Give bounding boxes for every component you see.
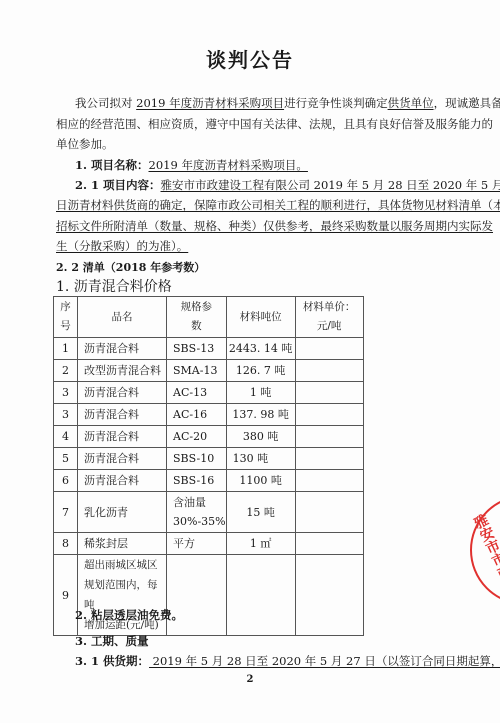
row-price	[295, 426, 363, 448]
table-row: 8 稀浆封层 平方 1 ㎡	[54, 533, 364, 555]
row-name: 沥青混合料	[78, 448, 167, 470]
table-row: 4 沥青混合料 AC-20 380 吨	[54, 426, 364, 448]
intro-project-name: 2019 年度沥青材料采购项目	[136, 96, 284, 110]
table-row: 6 沥青混合料 SBS-16 1100 吨	[54, 470, 364, 492]
item-content-line-2: 日沥青材料供货商的确定，保障市政公司相关工程的顺利进行，具体货物见材料清单（本	[56, 198, 500, 212]
row-no: 1	[54, 338, 78, 360]
row-price	[295, 448, 363, 470]
item-content-line-3: 招标文件所附清单（数量、规格、种类）仅供参考，最终采购数量以服务周期内实际发	[56, 219, 493, 233]
row-qty: 137. 98 吨	[226, 404, 295, 426]
section3-heading: 3. 工期、质量	[75, 634, 149, 648]
row-price	[295, 404, 363, 426]
row-no: 6	[54, 470, 78, 492]
intro-line-3: 单位参加。	[56, 137, 114, 151]
row-name: 乳化沥青	[78, 492, 167, 533]
item1-value: 2019 年度沥青材料采购项目。	[149, 158, 308, 172]
row-name: 沥青混合料	[78, 338, 167, 360]
row-name: 沥青混合料	[78, 426, 167, 448]
row-qty: 1100 吨	[226, 470, 295, 492]
table-row: 7 乳化沥青 含油量30%-35% 15 吨	[54, 492, 364, 533]
table-row: 9 超出雨城区城区规划范围内，每吨增加运距(元/吨)	[54, 555, 364, 636]
row-no: 4	[54, 426, 78, 448]
row-no: 8	[54, 533, 78, 555]
row-spec: 平方	[167, 533, 227, 555]
item2-1-line1: 雅安市市政建设工程有限公司 2019 年 5 月 28 日至 2020 年 5 …	[161, 178, 500, 192]
row-price	[295, 533, 363, 555]
row-no: 3	[54, 382, 78, 404]
row-price	[295, 338, 363, 360]
table-row: 2 改型沥青混合料 SMA-13 126. 7 吨	[54, 360, 364, 382]
item2-1-label: 2. 1 项目内容：	[75, 178, 161, 192]
row-spec: SBS-10	[167, 448, 227, 470]
row-price	[295, 492, 363, 533]
supply-period-label: 3. 1 供货期：	[75, 654, 149, 668]
asphalt-price-heading: 1. 沥青混合料价格	[56, 276, 172, 296]
table-header-row: 序号 品名 规格参数 材料吨位 材料单价：元/吨	[54, 297, 364, 338]
table-row: 3 沥青混合料 AC-13 1 吨	[54, 382, 364, 404]
table-row: 3 沥青混合料 AC-16 137. 98 吨	[54, 404, 364, 426]
row-no: 3	[54, 404, 78, 426]
row-spec: SBS-16	[167, 470, 227, 492]
item-content-line-1: 2. 1 项目内容：雅安市市政建设工程有限公司 2019 年 5 月 28 日至…	[75, 178, 500, 192]
page-number: 2	[0, 674, 500, 685]
header-price: 材料单价：元/吨	[295, 297, 363, 338]
row-no: 5	[54, 448, 78, 470]
list-section-heading: 2. 2 清单（2018 年参考数）	[56, 259, 205, 275]
note-tack-coat: 2. 粘层透层油免费。	[75, 608, 183, 622]
row-spec: SMA-13	[167, 360, 227, 382]
item-content-line-4: 生（分散采购）的为准）。	[56, 239, 188, 253]
table-row: 1 沥青混合料 SBS-13 2443. 14 吨	[54, 338, 364, 360]
row-price	[295, 555, 363, 636]
row-spec: AC-13	[167, 382, 227, 404]
page-title: 谈判公告	[0, 44, 500, 73]
intro-line-2: 相应的经营范围、相应资质，遵守中国有关法律、法规，且具有良好信誉及服务能力的	[56, 117, 493, 131]
header-qty: 材料吨位	[226, 297, 295, 338]
header-name: 品名	[78, 297, 167, 338]
table-row: 5 沥青混合料 SBS-10 130 吨	[54, 448, 364, 470]
header-spec: 规格参数	[167, 297, 227, 338]
stamp-text: 雅安市市政	[468, 511, 500, 583]
row-name: 沥青混合料	[78, 404, 167, 426]
row-qty: 1 吨	[226, 382, 295, 404]
row-spec	[167, 555, 227, 636]
row-name: 沥青混合料	[78, 382, 167, 404]
material-table: 序号 品名 规格参数 材料吨位 材料单价：元/吨 1 沥青混合料 SBS-13 …	[53, 296, 364, 636]
official-seal-stamp: 雅安市市政	[470, 495, 500, 605]
intro-prefix: 我公司拟对	[75, 96, 136, 110]
row-name: 改型沥青混合料	[78, 360, 167, 382]
row-spec: SBS-13	[167, 338, 227, 360]
supply-period-value: 2019 年 5 月 28 日至 2020 年 5 月 27 日（以签订合同日期…	[149, 654, 500, 668]
row-name: 超出雨城区城区规划范围内，每吨增加运距(元/吨)	[78, 555, 167, 636]
row-price	[295, 382, 363, 404]
item1-label: 1. 项目名称：	[75, 158, 149, 172]
intro-line-1: 我公司拟对 2019 年度沥青材料采购项目进行竞争性谈判确定供货单位，现诚邀具备	[75, 96, 500, 110]
row-spec: 含油量30%-35%	[167, 492, 227, 533]
row-no: 7	[54, 492, 78, 533]
row-name: 沥青混合料	[78, 470, 167, 492]
intro-middle: 进行竞争性谈判确定	[284, 96, 388, 110]
row-no: 2	[54, 360, 78, 382]
row-qty: 1 ㎡	[226, 533, 295, 555]
row-spec: AC-20	[167, 426, 227, 448]
header-no: 序号	[54, 297, 78, 338]
row-qty: 15 吨	[226, 492, 295, 533]
row-qty: 2443. 14 吨	[226, 338, 295, 360]
row-no: 9	[54, 555, 78, 636]
row-price	[295, 470, 363, 492]
supply-period: 3. 1 供货期： 2019 年 5 月 28 日至 2020 年 5 月 27…	[75, 654, 500, 668]
row-qty	[226, 555, 295, 636]
row-price	[295, 360, 363, 382]
intro-suffix: ，现诚邀具备	[434, 96, 500, 110]
row-name: 稀浆封层	[78, 533, 167, 555]
item-project-name: 1. 项目名称：2019 年度沥青材料采购项目。	[75, 158, 308, 172]
row-qty: 126. 7 吨	[226, 360, 295, 382]
intro-supplier: 供货单位	[388, 96, 434, 110]
row-spec: AC-16	[167, 404, 227, 426]
row-qty: 380 吨	[226, 426, 295, 448]
row-qty: 130 吨	[226, 448, 295, 470]
